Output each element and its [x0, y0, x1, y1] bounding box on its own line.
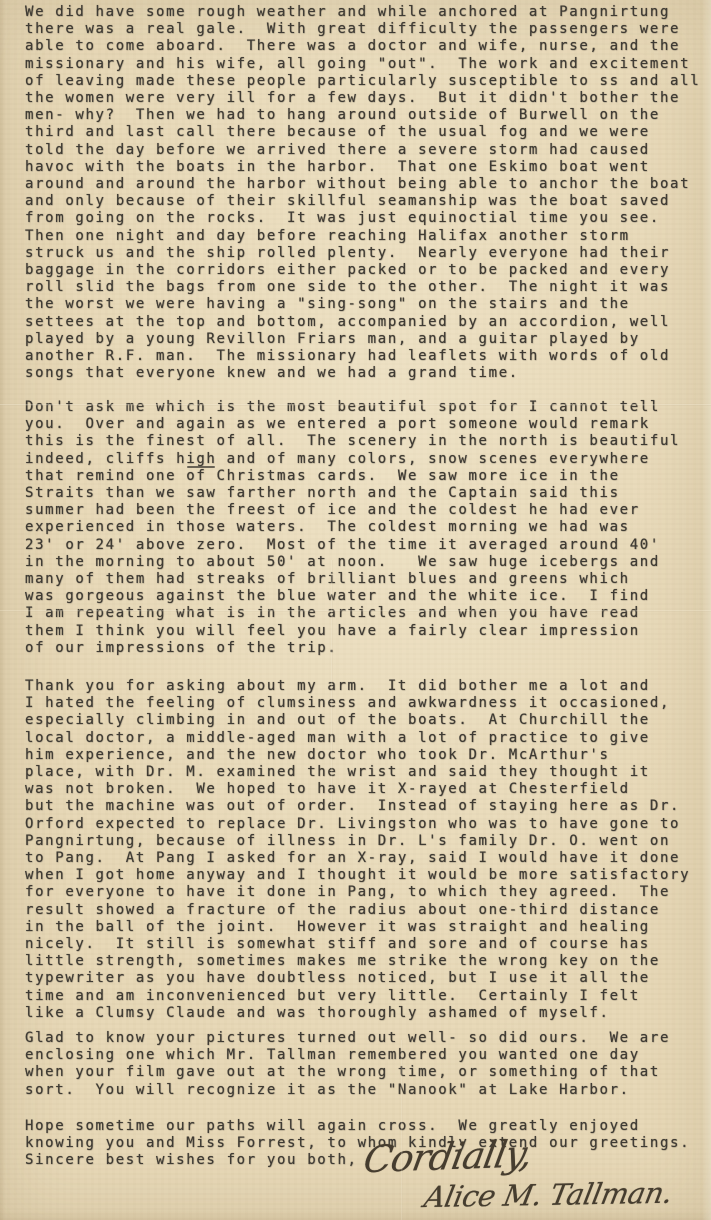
paragraph-most-beautiful-spot: Don't ask me which is the most beautiful… [25, 399, 709, 657]
handwritten-signature: Alice M. Tallman. [421, 1176, 675, 1214]
paragraph-rough-weather: We did have some rough weather and while… [25, 4, 709, 382]
handwritten-closing: Cordially, [360, 1132, 535, 1181]
underline-mark-high [187, 466, 215, 468]
paragraph-about-my-arm: Thank you for asking about my arm. It di… [25, 678, 709, 1022]
paragraph-pictures: Glad to know your pictures turned out we… [25, 1030, 709, 1099]
letter-page: We did have some rough weather and while… [0, 0, 711, 1220]
